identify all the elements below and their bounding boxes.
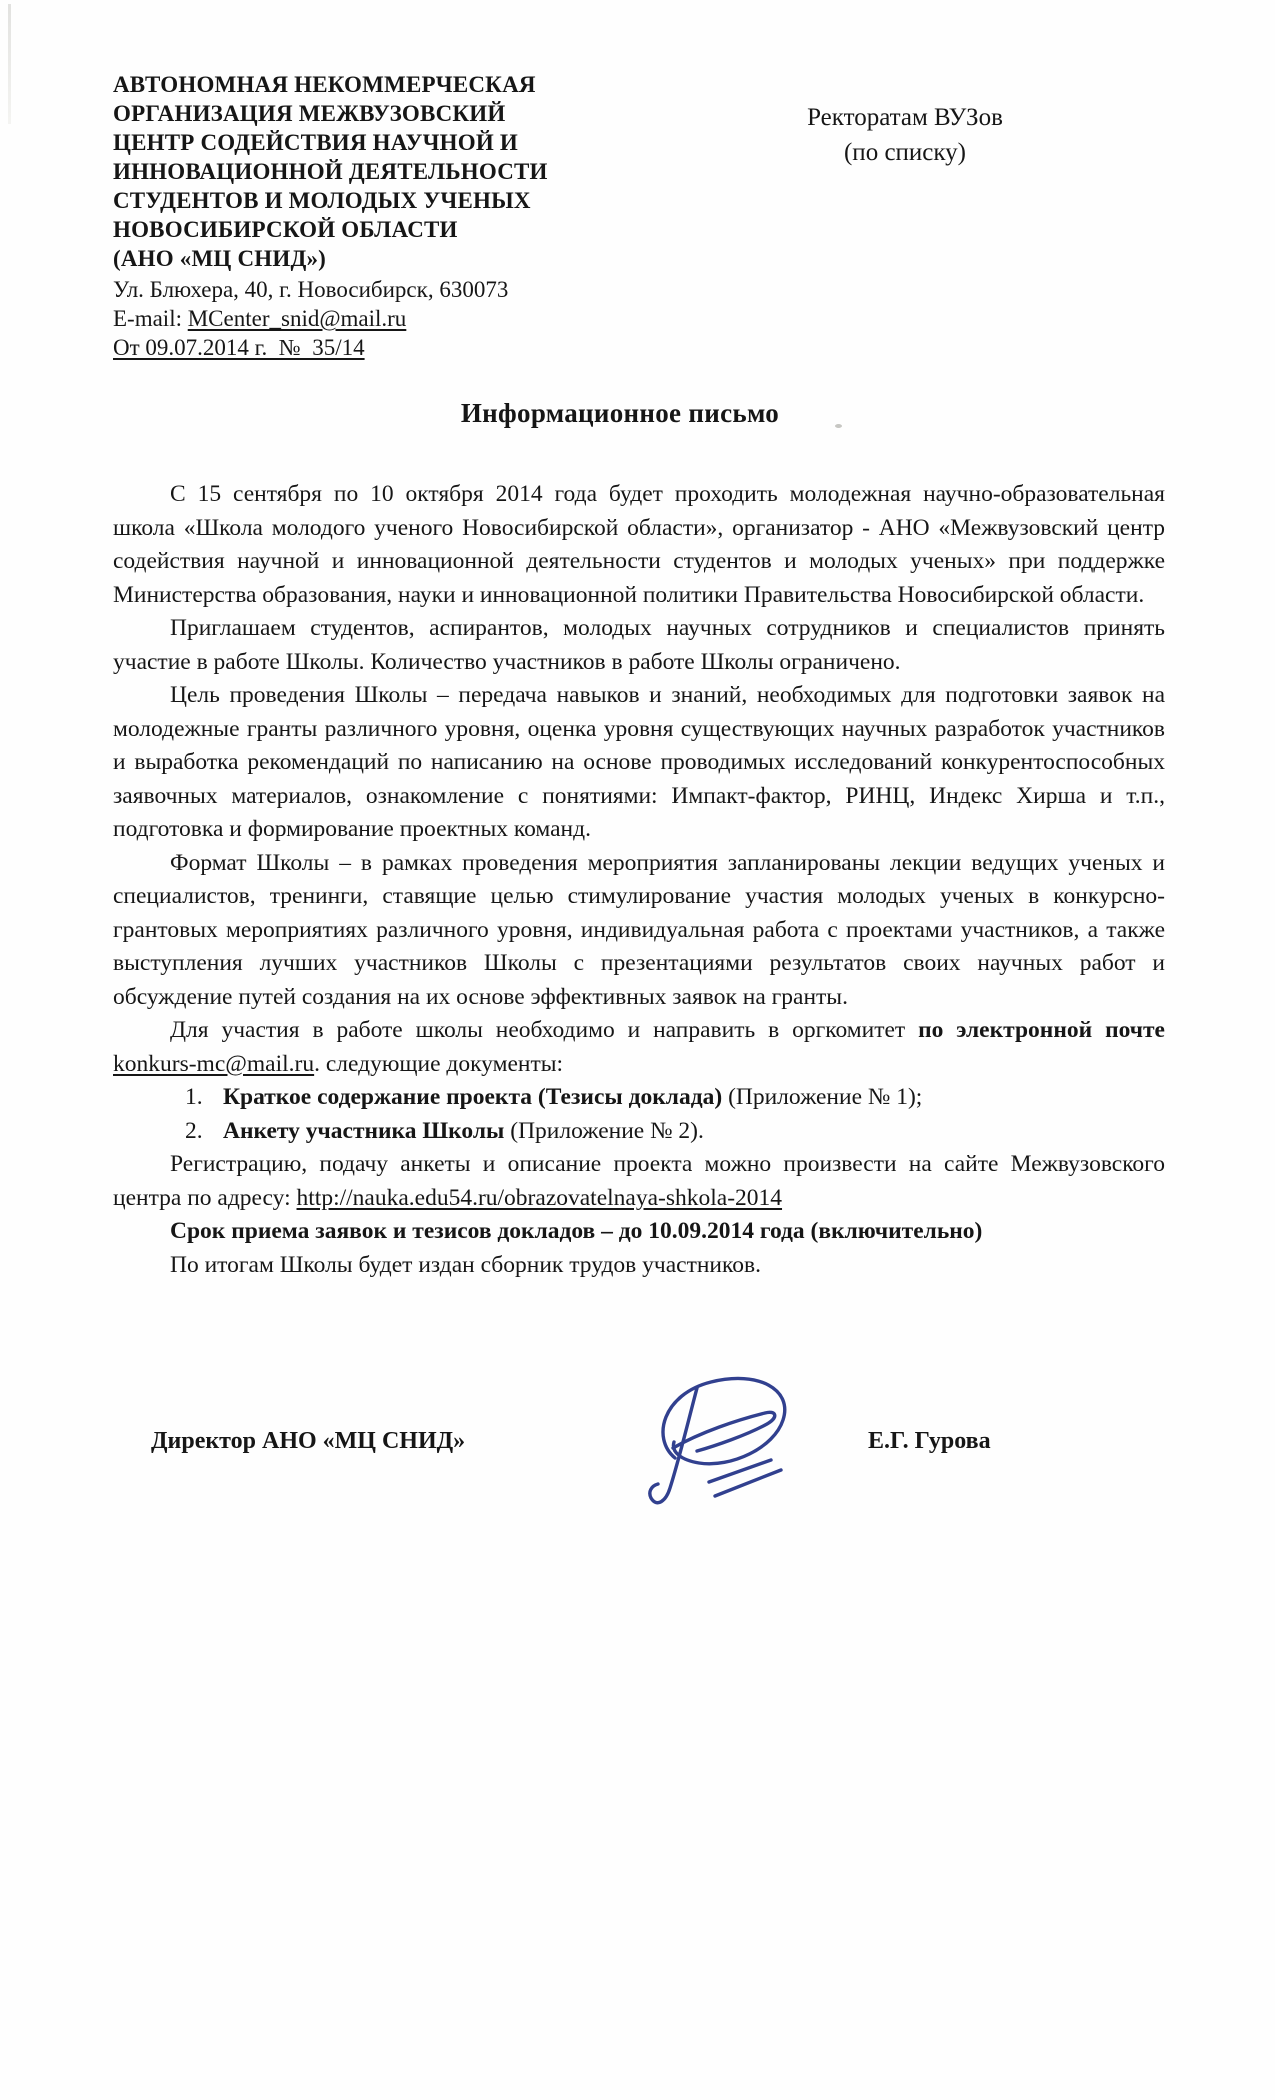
document-title: Информационное письмо — [0, 398, 1240, 429]
paragraph-goal: Цель проведения Школы – передача навыков… — [113, 679, 1165, 847]
paragraph-deadline: Срок приема заявок и тезисов докладов – … — [113, 1215, 1165, 1249]
letterhead-contacts: Ул. Блюхера, 40, г. Новосибирск, 630073 … — [113, 275, 593, 362]
org-name-line: ЦЕНТР СОДЕЙСТВИЯ НАУЧНОЙ И — [113, 128, 593, 157]
paragraph-proceedings: По итогам Школы будет издан сборник труд… — [113, 1249, 1165, 1283]
bold-email-phrase: по электронной почте — [918, 1017, 1165, 1043]
org-name-line: АВТОНОМНАЯ НЕКОММЕРЧЕСКАЯ — [113, 70, 593, 99]
postal-address: Ул. Блюхера, 40, г. Новосибирск, 630073 — [113, 275, 593, 304]
paragraph-registration: Регистрацию, подачу анкеты и описание пр… — [113, 1148, 1165, 1215]
paragraph-format: Формат Школы – в рамках проведения мероп… — [113, 847, 1165, 1015]
org-name-line: СТУДЕНТОВ И МОЛОДЫХ УЧЕНЫХ — [113, 186, 593, 215]
list-item-rest: (Приложение № 2). — [504, 1118, 703, 1144]
list-number: 1. — [185, 1081, 209, 1115]
list-item-2: 2.Анкету участника Школы (Приложение № 2… — [113, 1115, 1165, 1149]
email-row: E-mail: MCenter_snid@mail.ru — [113, 304, 593, 333]
org-name-line: ИННОВАЦИОННОЙ ДЕЯТЕЛЬНОСТИ — [113, 157, 593, 186]
list-number: 2. — [185, 1115, 209, 1149]
list-item-1: 1.Краткое содержание проекта (Тезисы док… — [113, 1081, 1165, 1115]
org-short-name: (АНО «МЦ СНИД») — [113, 244, 593, 273]
paragraph-invitation: Приглашаем студентов, аспирантов, молоды… — [113, 612, 1165, 679]
recipient-block: Ректоратам ВУЗов (по списку) — [730, 100, 1080, 170]
signer-position: Директор АНО «МЦ СНИД» — [151, 1428, 465, 1455]
scan-artifact-edge — [8, 4, 11, 124]
email-label: E-mail: — [113, 306, 188, 331]
letter-body: С 15 сентября по 10 октября 2014 года бу… — [113, 478, 1165, 1282]
contest-email-address: konkurs-mc@mail.ru — [113, 1051, 314, 1077]
list-item-rest: (Приложение № 1); — [722, 1084, 922, 1110]
scanned-letter-page: АВТОНОМНАЯ НЕКОММЕРЧЕСКАЯ ОРГАНИЗАЦИЯ МЕ… — [0, 0, 1275, 2100]
signer-name: Е.Г. Гурова — [868, 1428, 991, 1455]
org-name-line: ОРГАНИЗАЦИЯ МЕЖВУЗОВСКИЙ — [113, 99, 593, 128]
list-item-bold-text: Краткое содержание проекта (Тезисы докла… — [223, 1084, 722, 1110]
registration-url: http://nauka.edu54.ru/obrazovatelnaya-sh… — [297, 1185, 783, 1211]
recipient-line: Ректоратам ВУЗов — [730, 100, 1080, 135]
outgoing-ref-line: От 09.07.2014 г. № 35/14 — [113, 333, 593, 362]
paragraph-intro: С 15 сентября по 10 октября 2014 года бу… — [113, 478, 1165, 612]
paragraph-participation: Для участия в работе школы необходимо и … — [113, 1014, 1165, 1081]
org-name-line: НОВОСИБИРСКОЙ ОБЛАСТИ — [113, 215, 593, 244]
email-address: MCenter_snid@mail.ru — [188, 306, 407, 331]
letterhead-org-name: АВТОНОМНАЯ НЕКОММЕРЧЕСКАЯ ОРГАНИЗАЦИЯ МЕ… — [113, 70, 593, 273]
recipient-note: (по списку) — [730, 135, 1080, 170]
list-item-bold-text: Анкету участника Школы — [223, 1118, 504, 1144]
handwritten-signature-ink — [613, 1360, 823, 1540]
signature-block: Директор АНО «МЦ СНИД» Е.Г. Гурова — [113, 1390, 1165, 1550]
